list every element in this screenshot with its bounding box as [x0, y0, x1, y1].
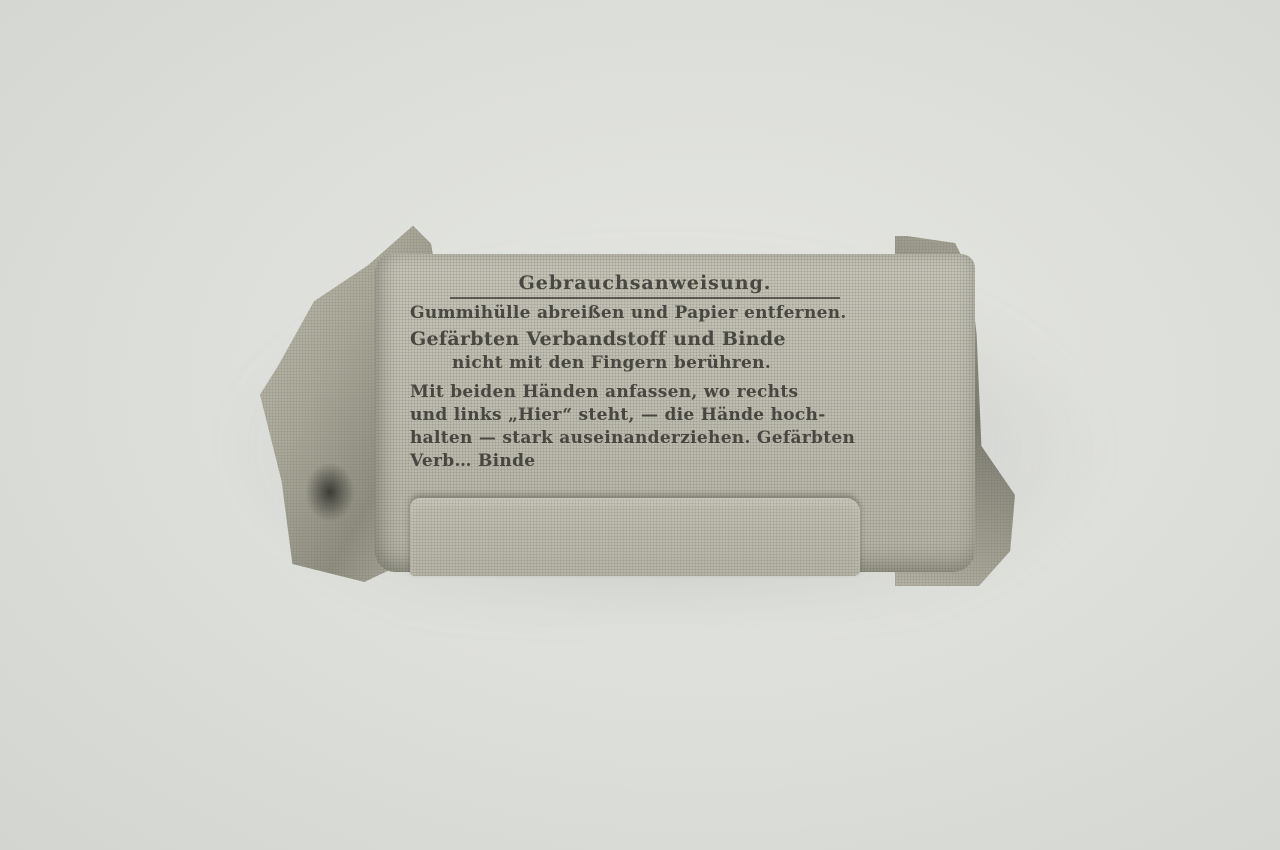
printed-instructions: Gebrauchsanweisung. Gummihülle abreißen … [410, 274, 880, 470]
field-dressing-package: Gebrauchsanweisung. Gummihülle abreißen … [260, 222, 1015, 594]
left-fold-shadow [305, 462, 355, 522]
instruction-line: nicht mit den Fingern berühren. [410, 355, 880, 372]
instruction-line: halten — stark auseinanderziehen. Gefärb… [410, 430, 880, 447]
instructions-title: Gebrauchsanweisung. [450, 274, 840, 299]
instruction-line: Mit beiden Händen anfassen, wo rechts [410, 384, 880, 401]
instruction-line: Gefärbten Verbandstoff und Binde [410, 330, 880, 349]
instruction-line: Gummihülle abreißen und Papier entfernen… [410, 305, 880, 322]
folded-fabric-band [410, 498, 860, 576]
instruction-line: und links „Hier“ steht, — die Hände hoch… [410, 407, 880, 424]
instruction-line: Verb… Binde [410, 453, 880, 470]
